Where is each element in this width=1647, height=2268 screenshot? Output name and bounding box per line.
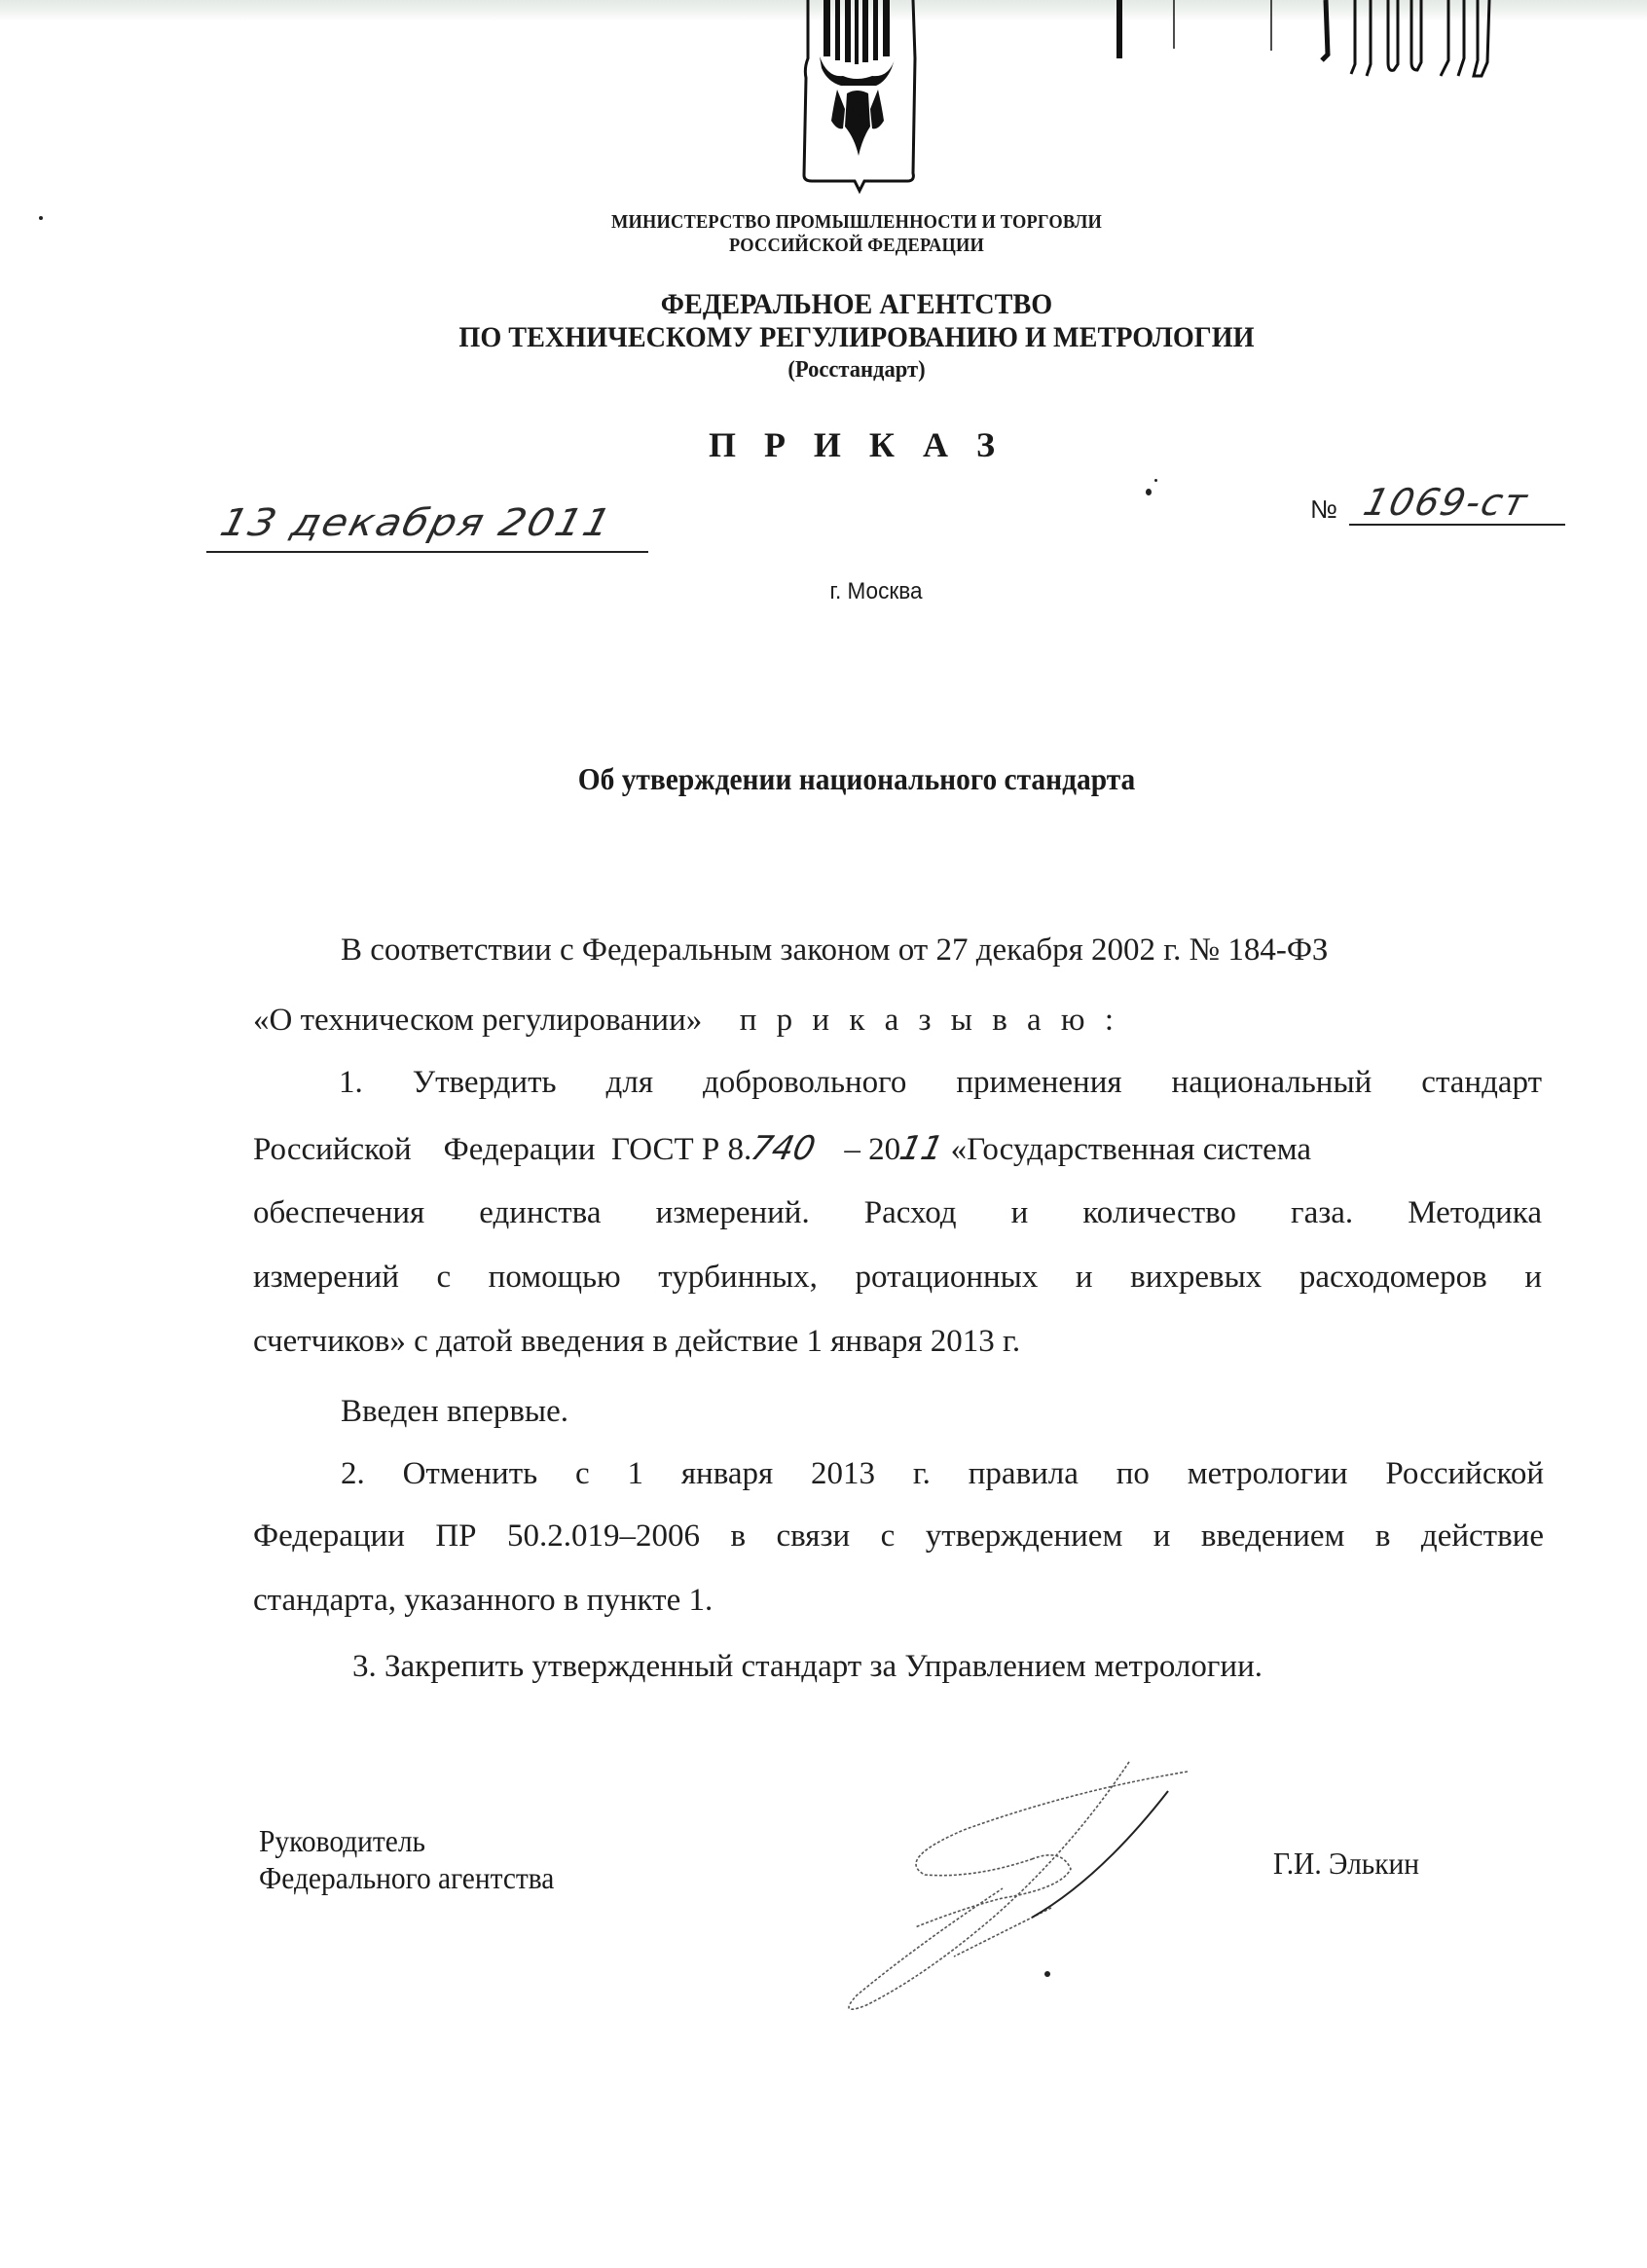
item1-line-1: 1. Утвердить для добровольного применени… — [339, 1065, 1542, 1101]
handwritten-signature-icon — [779, 1733, 1226, 2025]
handwritten-date: 13 декабря 2011 — [216, 500, 617, 544]
agency-short-name: (Росстандарт) — [399, 354, 1314, 385]
signatory-title-line-1: Руководитель — [259, 1822, 554, 1859]
intro-line-2: «О техническом регулировании» п р и к а … — [253, 1003, 1119, 1039]
scan-speck — [39, 216, 43, 220]
document-subject: Об утверждении национального стандарта — [409, 761, 1304, 797]
order-verb: п р и к а з ы в а ю : — [740, 1003, 1119, 1038]
ministry-line-2: РОССИЙСКОЙ ФЕДЕРАЦИИ — [570, 234, 1144, 257]
ministry-line-1: МИНИСТЕРСТВО ПРОМЫШЛЕННОСТИ И ТОРГОВЛИ — [570, 210, 1144, 234]
order-number-field: 1069-ст — [1349, 485, 1565, 526]
item1-line-2-suffix: «Государственная система — [942, 1132, 1311, 1167]
item3: 3. Закрепить утвержденный стандарт за Уп… — [352, 1649, 1263, 1685]
item1-line-2-mid: – 20 — [836, 1132, 900, 1167]
handwritten-order-number: 1069-ст — [1360, 481, 1533, 524]
signatory-title-line-2: Федерального агентства — [259, 1859, 554, 1896]
signer-name: Г.И. Элькин — [1273, 1846, 1419, 1882]
signatory-title: Руководитель Федерального агентства — [259, 1822, 554, 1896]
item1-line-4: измерений с помощью турбинных, ротационн… — [253, 1260, 1542, 1296]
scan-speck — [1154, 479, 1157, 482]
document-type-title: П Р И К А З — [681, 424, 1032, 465]
agency-name: ФЕДЕРАЛЬНОЕ АГЕНТСТВО ПО ТЕХНИЧЕСКОМУ РЕ… — [399, 288, 1314, 385]
law-title: «О техническом регулировании» — [253, 1003, 702, 1038]
intro-line-1: В соответствии с Федеральным законом от … — [341, 933, 1328, 969]
item2-line-3: стандарта, указанного в пункте 1. — [253, 1583, 713, 1619]
date-field: 13 декабря 2011 — [206, 494, 648, 553]
item1-line-5: счетчиков» с датой введения в действие 1… — [253, 1324, 1020, 1360]
agency-line-1: ФЕДЕРАЛЬНОЕ АГЕНТСТВО — [399, 288, 1314, 321]
introduced-first-note: Введен впервые. — [341, 1394, 568, 1430]
handwritten-year: 11 — [897, 1129, 947, 1168]
item1-line-3: обеспечения единства измерений. Расход и… — [253, 1195, 1542, 1231]
russian-coat-of-arms-icon — [798, 0, 925, 195]
agency-line-2: ПО ТЕХНИЧЕСКОМУ РЕГУЛИРОВАНИЮ И МЕТРОЛОГ… — [399, 321, 1314, 354]
item2-line-2: Федерации ПР 50.2.019–2006 в связи с утв… — [253, 1518, 1544, 1555]
item2-line-1: 2. Отменить с 1 января 2013 г. правила п… — [341, 1456, 1544, 1492]
number-label: № — [1310, 494, 1337, 525]
item1-line-2-prefix: Российской Федерации ГОСТ Р 8. — [253, 1132, 751, 1167]
handwritten-gost-number: 740 — [748, 1129, 819, 1168]
city: г. Москва — [785, 578, 968, 605]
document-page: МИНИСТЕРСТВО ПРОМЫШЛЕННОСТИ И ТОРГОВЛИ Р… — [0, 0, 1647, 2268]
scan-speck — [1146, 489, 1152, 495]
item1-line-2: Российской Федерации ГОСТ Р 8.740 – 2011… — [253, 1129, 1311, 1168]
top-edge-stamp-marks — [1100, 0, 1587, 83]
ministry-name: МИНИСТЕРСТВО ПРОМЫШЛЕННОСТИ И ТОРГОВЛИ Р… — [570, 210, 1144, 257]
